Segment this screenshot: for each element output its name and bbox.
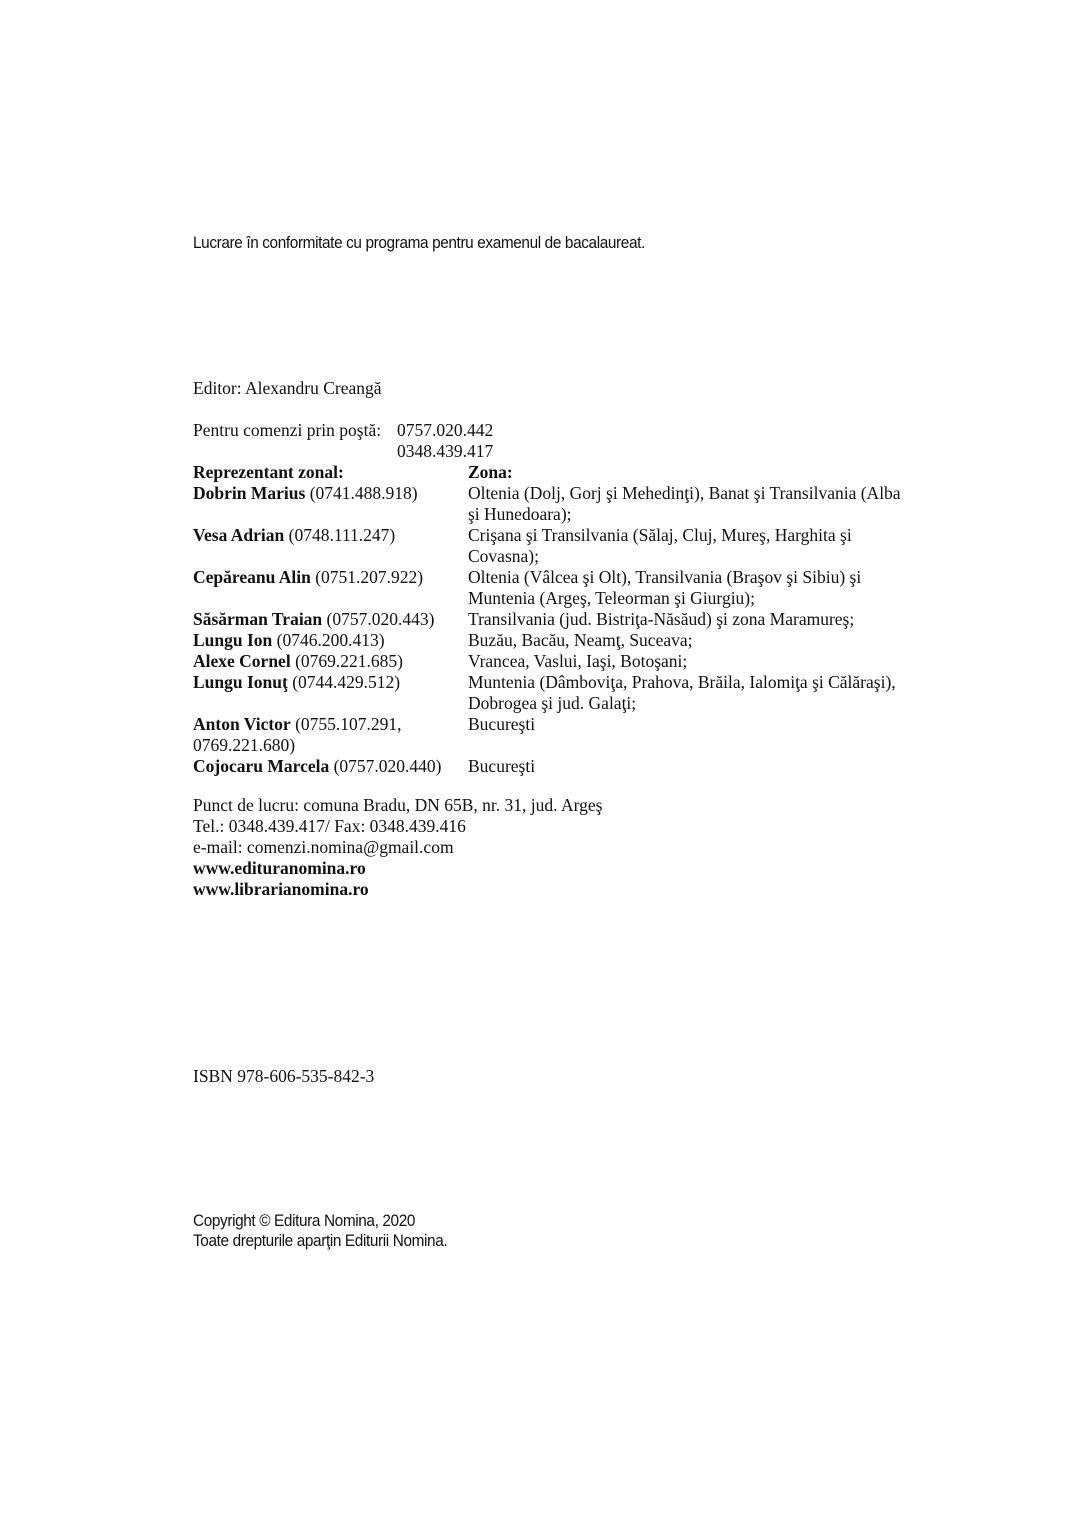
table-row: Săsărman Traian (0757.020.443)Transilvan… bbox=[193, 609, 913, 630]
work-address: Punct de lucru: comuna Bradu, DN 65B, nr… bbox=[193, 795, 602, 816]
representative-name: Anton Victor bbox=[193, 714, 291, 734]
representative-phone: (0757.020.440) bbox=[329, 756, 441, 776]
representative-cell: Alexe Cornel (0769.221.685) bbox=[193, 651, 468, 672]
zone-cell: Bucureşti bbox=[468, 756, 913, 777]
representative-phone: (0757.020.443) bbox=[322, 609, 434, 629]
orders-phone: 0348.439.417 bbox=[397, 441, 493, 462]
representative-name: Lungu Ionuţ bbox=[193, 672, 288, 692]
representative-name: Alexe Cornel bbox=[193, 651, 291, 671]
isbn: ISBN 978-606-535-842-3 bbox=[193, 1066, 374, 1087]
table-row: Vesa Adrian (0748.111.247)Crişana şi Tra… bbox=[193, 525, 913, 567]
header-representative: Reprezentant zonal: bbox=[193, 462, 344, 482]
table-row: Cepăreanu Alin (0751.207.922)Oltenia (Vâ… bbox=[193, 567, 913, 609]
representative-phone: (0751.207.922) bbox=[311, 567, 423, 587]
representative-cell: Dobrin Marius (0741.488.918) bbox=[193, 483, 468, 525]
zone-cell: Bucureşti bbox=[468, 714, 913, 756]
representative-cell: Cepăreanu Alin (0751.207.922) bbox=[193, 567, 468, 609]
representative-name: Săsărman Traian bbox=[193, 609, 322, 629]
representative-name: Dobrin Marius bbox=[193, 483, 305, 503]
table-row: Cojocaru Marcela (0757.020.440)Bucureşti bbox=[193, 756, 913, 777]
representative-name: Cojocaru Marcela bbox=[193, 756, 329, 776]
representative-phone: (0748.111.247) bbox=[284, 525, 395, 545]
representative-phone: (0746.200.413) bbox=[272, 630, 384, 650]
editor-credit: Editor: Alexandru Creangă bbox=[193, 378, 382, 399]
table-row: Anton Victor (0755.107.291, 0769.221.680… bbox=[193, 714, 913, 756]
representative-name: Cepăreanu Alin bbox=[193, 567, 311, 587]
representatives-table: Reprezentant zonal: Zona: Dobrin Marius … bbox=[193, 462, 913, 777]
representative-cell: Cojocaru Marcela (0757.020.440) bbox=[193, 756, 468, 777]
representative-phone: (0741.488.918) bbox=[305, 483, 417, 503]
orders-phone: 0757.020.442 bbox=[397, 420, 493, 441]
table-row: Dobrin Marius (0741.488.918)Oltenia (Dol… bbox=[193, 483, 913, 525]
representative-cell: Vesa Adrian (0748.111.247) bbox=[193, 525, 468, 567]
zone-cell: Oltenia (Vâlcea şi Olt), Transilvania (B… bbox=[468, 567, 913, 609]
conformity-note: Lucrare în conformitate cu programa pent… bbox=[193, 234, 645, 253]
contact-block: Punct de lucru: comuna Bradu, DN 65B, nr… bbox=[193, 795, 602, 900]
header-zone: Zona: bbox=[468, 462, 513, 482]
zone-cell: Oltenia (Dolj, Gorj şi Mehedinţi), Banat… bbox=[468, 483, 913, 525]
representative-cell: Săsărman Traian (0757.020.443) bbox=[193, 609, 468, 630]
zone-cell: Buzău, Bacău, Neamţ, Suceava; bbox=[468, 630, 913, 651]
table-row: Lungu Ion (0746.200.413)Buzău, Bacău, Ne… bbox=[193, 630, 913, 651]
website-link[interactable]: www.edituranomina.ro bbox=[193, 858, 366, 878]
representative-phone: (0769.221.685) bbox=[291, 651, 403, 671]
copyright-block: Copyright © Editura Nomina, 2020 Toate d… bbox=[193, 1211, 447, 1251]
representative-cell: Anton Victor (0755.107.291, 0769.221.680… bbox=[193, 714, 468, 756]
copyright-line: Copyright © Editura Nomina, 2020 bbox=[193, 1211, 447, 1231]
representative-cell: Lungu Ionuţ (0744.429.512) bbox=[193, 672, 468, 714]
table-row: Lungu Ionuţ (0744.429.512)Muntenia (Dâmb… bbox=[193, 672, 913, 714]
table-header: Reprezentant zonal: Zona: bbox=[193, 462, 913, 483]
representative-name: Lungu Ion bbox=[193, 630, 272, 650]
website-link[interactable]: www.librarianomina.ro bbox=[193, 879, 369, 899]
tel-fax: Tel.: 0348.439.417/ Fax: 0348.439.416 bbox=[193, 816, 602, 837]
representative-name: Vesa Adrian bbox=[193, 525, 284, 545]
zone-cell: Crişana şi Transilvania (Sălaj, Cluj, Mu… bbox=[468, 525, 913, 567]
rights-line: Toate drepturile aparţin Editurii Nomina… bbox=[193, 1231, 447, 1251]
table-row: Alexe Cornel (0769.221.685)Vrancea, Vasl… bbox=[193, 651, 913, 672]
zone-cell: Muntenia (Dâmboviţa, Prahova, Brăila, Ia… bbox=[468, 672, 913, 714]
zone-cell: Transilvania (jud. Bistriţa-Năsăud) şi z… bbox=[468, 609, 913, 630]
email: e-mail: comenzi.nomina@gmail.com bbox=[193, 837, 602, 858]
zone-cell: Vrancea, Vaslui, Iaşi, Botoşani; bbox=[468, 651, 913, 672]
representative-phone: (0744.429.512) bbox=[288, 672, 400, 692]
representative-cell: Lungu Ion (0746.200.413) bbox=[193, 630, 468, 651]
orders-label: Pentru comenzi prin poştă: bbox=[193, 420, 381, 441]
